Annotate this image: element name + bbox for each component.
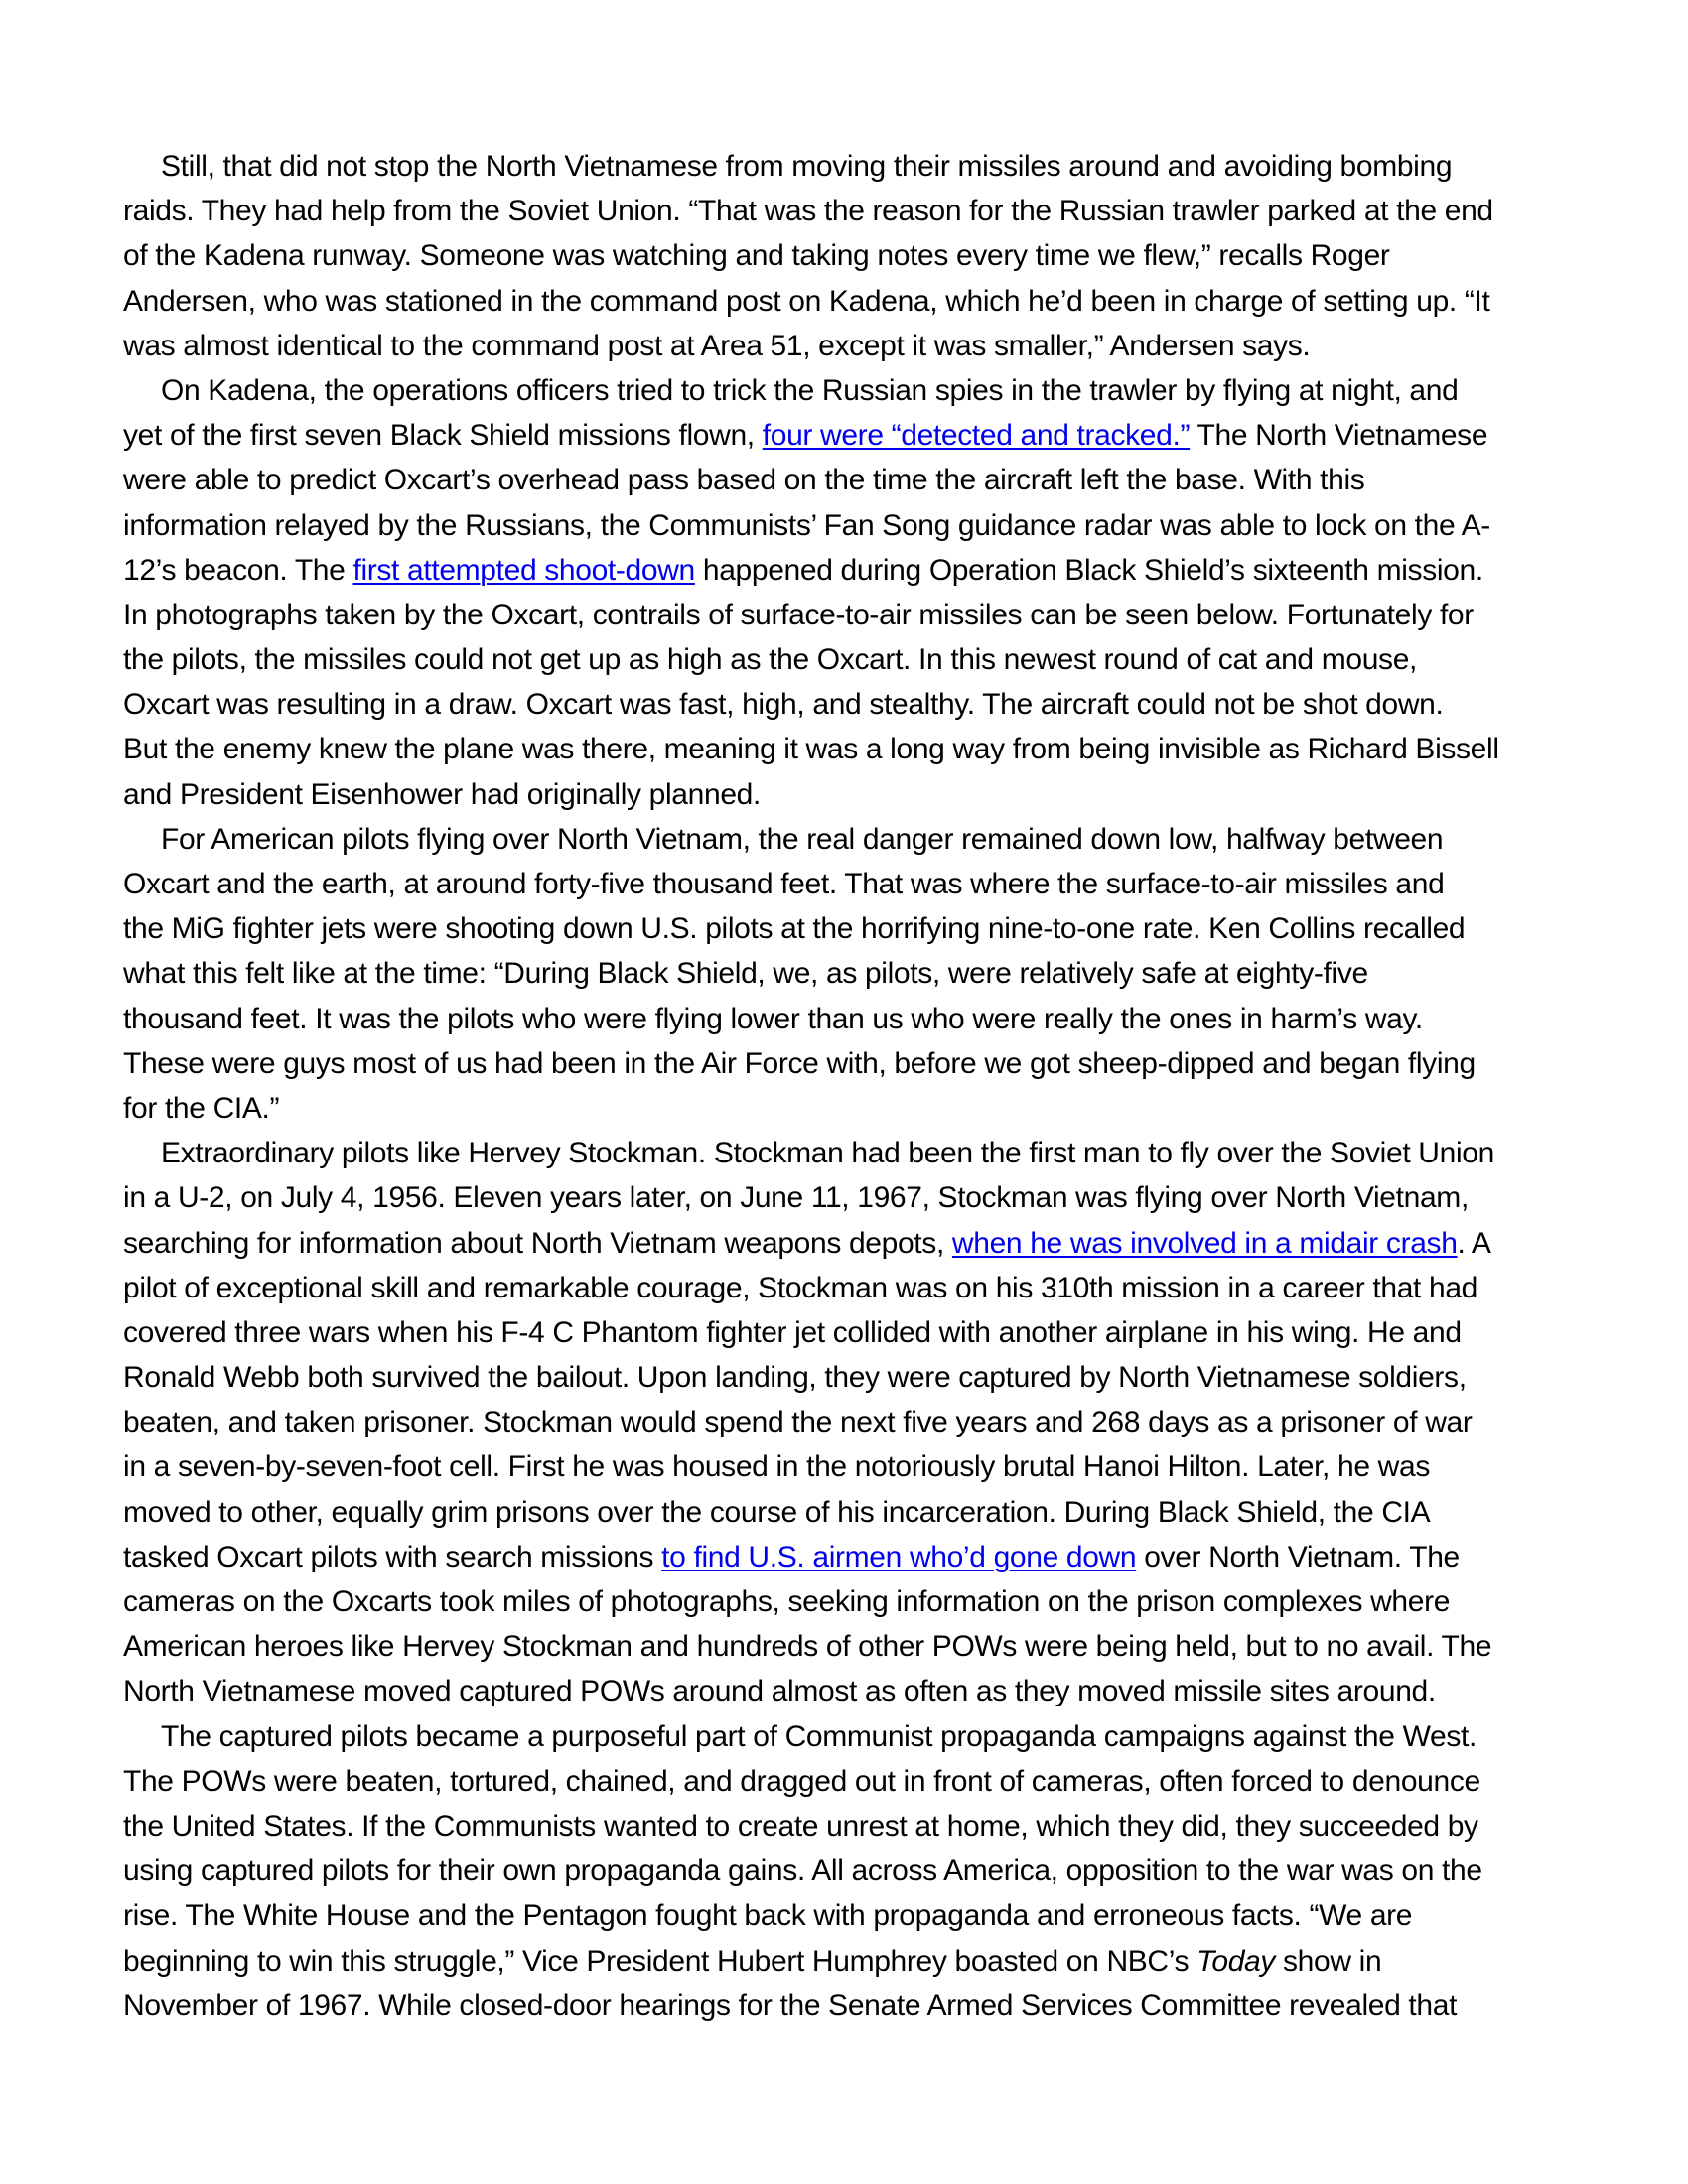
text-segment: But the enemy knew the plane was there, … [123, 733, 1499, 765]
text-segment: . A [1458, 1227, 1491, 1260]
text-line: These were guys most of us had been in t… [123, 1041, 1573, 1086]
inline-link[interactable]: four were “detected and tracked.” [763, 419, 1190, 452]
text-segment: in a seven-by-seven-foot cell. First he … [123, 1450, 1430, 1483]
text-line: what this felt like at the time: “During… [123, 951, 1573, 996]
text-segment: Andersen, who was stationed in the comma… [123, 285, 1490, 318]
text-segment: Still, that did not stop the North Vietn… [161, 150, 1452, 183]
italic-title: Today [1196, 1945, 1275, 1978]
inline-link[interactable]: when he was involved in a midair crash [952, 1227, 1458, 1260]
text-segment: Ronald Webb both survived the bailout. U… [123, 1361, 1467, 1394]
text-segment: yet of the first seven Black Shield miss… [123, 419, 763, 452]
text-segment: thousand feet. It was the pilots who wer… [123, 1003, 1423, 1035]
text-segment: was almost identical to the command post… [123, 330, 1310, 362]
text-line: Andersen, who was stationed in the comma… [123, 279, 1573, 324]
text-line: beginning to win this struggle,” Vice Pr… [123, 1939, 1573, 1983]
inline-link[interactable]: to find U.S. airmen who’d gone down [661, 1541, 1136, 1573]
text-segment: beaten, and taken prisoner. Stockman wou… [123, 1406, 1472, 1438]
text-line: On Kadena, the operations officers tried… [123, 368, 1573, 413]
text-segment: show in [1275, 1945, 1381, 1978]
text-line: Extraordinary pilots like Hervey Stockma… [123, 1131, 1573, 1175]
text-line: of the Kadena runway. Someone was watchi… [123, 233, 1573, 278]
text-segment: moved to other, equally grim prisons ove… [123, 1496, 1430, 1529]
text-segment: pilot of exceptional skill and remarkabl… [123, 1272, 1477, 1304]
paragraph: For American pilots flying over North Vi… [123, 817, 1573, 1131]
text-segment: the MiG fighter jets were shooting down … [123, 912, 1465, 945]
text-segment: The North Vietnamese [1190, 419, 1487, 452]
text-line: the MiG fighter jets were shooting down … [123, 906, 1573, 951]
text-segment: November of 1967. While closed-door hear… [123, 1989, 1457, 2022]
text-segment: raids. They had help from the Soviet Uni… [123, 195, 1493, 227]
inline-link[interactable]: first attempted shoot-down [352, 554, 694, 587]
text-line: was almost identical to the command post… [123, 324, 1573, 368]
text-segment: happened during Operation Black Shield’s… [695, 554, 1483, 587]
text-line: The POWs were beaten, tortured, chained,… [123, 1759, 1573, 1804]
text-line: beaten, and taken prisoner. Stockman wou… [123, 1400, 1573, 1444]
text-segment: American heroes like Hervey Stockman and… [123, 1630, 1491, 1663]
text-segment: Extraordinary pilots like Hervey Stockma… [161, 1137, 1494, 1169]
text-line: Still, that did not stop the North Vietn… [123, 144, 1573, 189]
text-line: raids. They had help from the Soviet Uni… [123, 189, 1573, 233]
text-line: cameras on the Oxcarts took miles of pho… [123, 1579, 1573, 1624]
text-segment: of the Kadena runway. Someone was watchi… [123, 239, 1390, 272]
text-line: for the CIA.” [123, 1086, 1573, 1131]
text-line: Oxcart and the earth, at around forty-fi… [123, 862, 1573, 906]
text-line: For American pilots flying over North Vi… [123, 817, 1573, 862]
text-line: 12’s beacon. The first attempted shoot-d… [123, 548, 1573, 593]
text-line: The captured pilots became a purposeful … [123, 1714, 1573, 1759]
text-segment: For American pilots flying over North Vi… [161, 823, 1443, 856]
text-segment: Oxcart and the earth, at around forty-fi… [123, 868, 1444, 900]
text-line: the United States. If the Communists wan… [123, 1804, 1573, 1848]
text-line: covered three wars when his F-4 C Phanto… [123, 1310, 1573, 1355]
text-segment: the pilots, the missiles could not get u… [123, 643, 1417, 676]
text-segment: were able to predict Oxcart’s overhead p… [123, 464, 1364, 496]
text-segment: using captured pilots for their own prop… [123, 1854, 1482, 1887]
text-line: searching for information about North Vi… [123, 1221, 1573, 1266]
text-line: But the enemy knew the plane was there, … [123, 727, 1573, 771]
text-line: Oxcart was resulting in a draw. Oxcart w… [123, 682, 1573, 727]
text-line: American heroes like Hervey Stockman and… [123, 1624, 1573, 1669]
document-page: Still, that did not stop the North Vietn… [123, 144, 1573, 2028]
text-line: in a U-2, on July 4, 1956. Eleven years … [123, 1175, 1573, 1220]
text-line: yet of the first seven Black Shield miss… [123, 413, 1573, 458]
text-segment: On Kadena, the operations officers tried… [161, 374, 1458, 407]
text-segment: North Vietnamese moved captured POWs aro… [123, 1675, 1436, 1707]
text-line: information relayed by the Russians, the… [123, 503, 1573, 548]
text-line: and President Eisenhower had originally … [123, 772, 1573, 817]
text-line: Ronald Webb both survived the bailout. U… [123, 1355, 1573, 1400]
text-segment: tasked Oxcart pilots with search mission… [123, 1541, 661, 1573]
text-segment: 12’s beacon. The [123, 554, 352, 587]
text-segment: what this felt like at the time: “During… [123, 957, 1368, 990]
text-segment: for the CIA.” [123, 1092, 279, 1125]
text-segment: over North Vietnam. The [1136, 1541, 1460, 1573]
text-line: thousand feet. It was the pilots who wer… [123, 997, 1573, 1041]
text-line: in a seven-by-seven-foot cell. First he … [123, 1444, 1573, 1489]
text-segment: and President Eisenhower had originally … [123, 778, 761, 811]
text-segment: cameras on the Oxcarts took miles of pho… [123, 1585, 1450, 1618]
text-segment: the United States. If the Communists wan… [123, 1810, 1478, 1843]
text-line: tasked Oxcart pilots with search mission… [123, 1535, 1573, 1579]
text-line: rise. The White House and the Pentagon f… [123, 1893, 1573, 1938]
text-segment: information relayed by the Russians, the… [123, 509, 1490, 542]
text-line: North Vietnamese moved captured POWs aro… [123, 1669, 1573, 1713]
text-line: were able to predict Oxcart’s overhead p… [123, 458, 1573, 502]
text-segment: These were guys most of us had been in t… [123, 1047, 1476, 1080]
text-segment: searching for information about North Vi… [123, 1227, 952, 1260]
text-segment: Oxcart was resulting in a draw. Oxcart w… [123, 688, 1443, 721]
paragraph: On Kadena, the operations officers tried… [123, 368, 1573, 817]
text-line: November of 1967. While closed-door hear… [123, 1983, 1573, 2028]
text-line: In photographs taken by the Oxcart, cont… [123, 593, 1573, 637]
text-line: the pilots, the missiles could not get u… [123, 637, 1573, 682]
text-segment: in a U-2, on July 4, 1956. Eleven years … [123, 1181, 1469, 1214]
text-segment: The captured pilots became a purposeful … [161, 1720, 1477, 1753]
text-line: using captured pilots for their own prop… [123, 1848, 1573, 1893]
paragraph: Still, that did not stop the North Vietn… [123, 144, 1573, 368]
text-line: pilot of exceptional skill and remarkabl… [123, 1266, 1573, 1310]
paragraph: The captured pilots became a purposeful … [123, 1714, 1573, 2028]
text-segment: The POWs were beaten, tortured, chained,… [123, 1765, 1480, 1798]
text-segment: covered three wars when his F-4 C Phanto… [123, 1316, 1462, 1349]
text-segment: beginning to win this struggle,” Vice Pr… [123, 1945, 1196, 1978]
text-line: moved to other, equally grim prisons ove… [123, 1490, 1573, 1535]
paragraph: Extraordinary pilots like Hervey Stockma… [123, 1131, 1573, 1713]
text-segment: rise. The White House and the Pentagon f… [123, 1899, 1412, 1932]
text-segment: In photographs taken by the Oxcart, cont… [123, 599, 1474, 631]
